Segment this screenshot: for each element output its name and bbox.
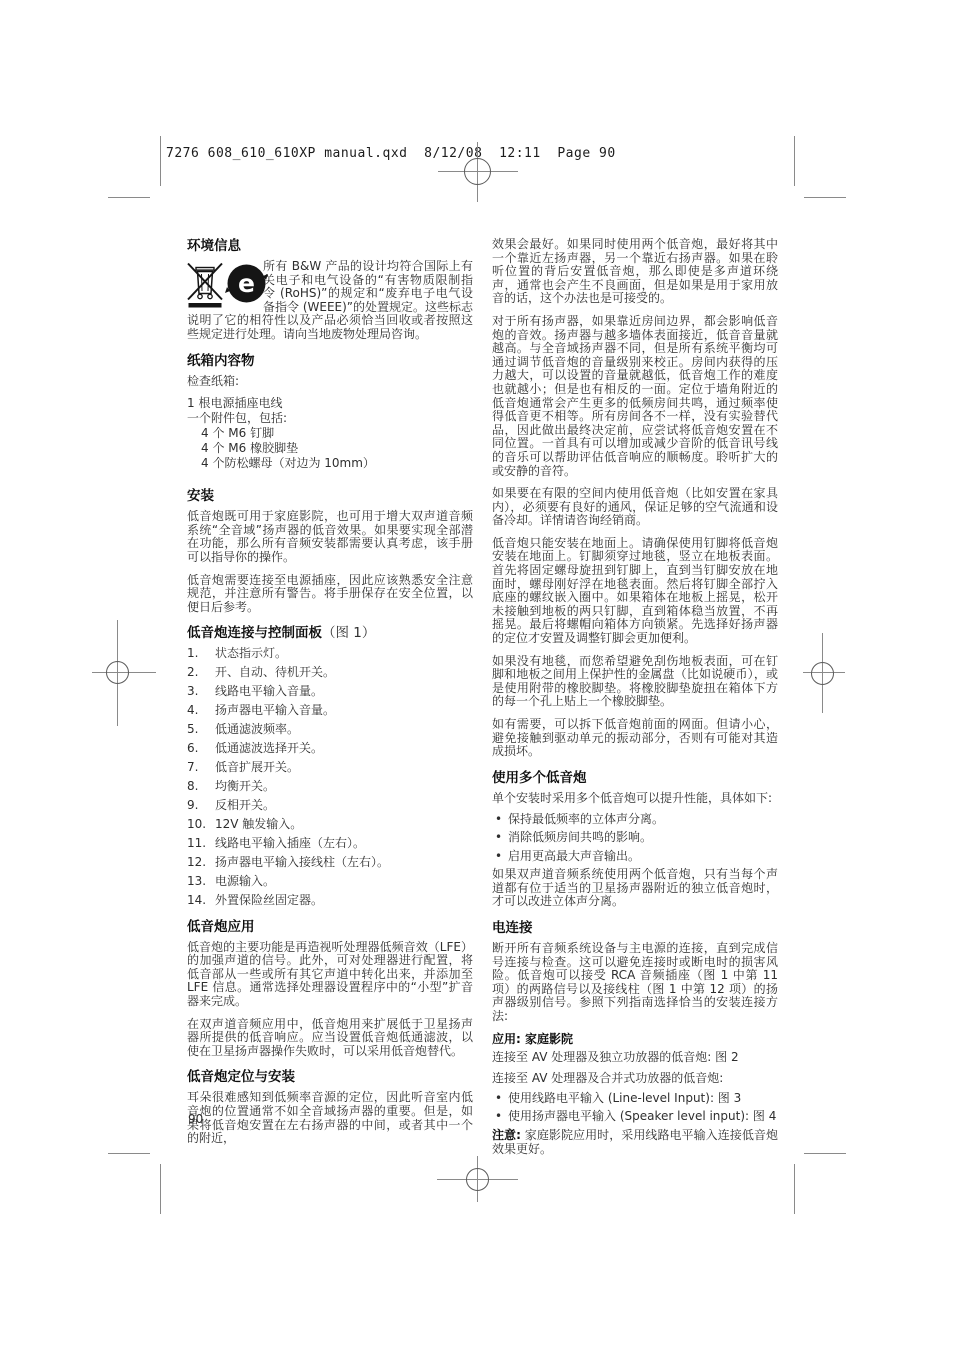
crop-mark — [804, 1153, 846, 1154]
connection-bullet: 使用扬声器电平输入 (Speaker level input): 图 4 — [492, 1110, 778, 1124]
multiple-heading: 使用多个低音炮 — [492, 770, 778, 786]
weee-crossed-bin-icon — [187, 262, 223, 313]
ventilation-paragraph: 如果要在有限的空间内使用低音炮（比如安置在家具内），必须要有良好的通风，保证足够… — [492, 487, 778, 528]
positioning-heading: 低音炮定位与安装 — [187, 1069, 473, 1085]
section-multiple-subwoofers: 使用多个低音炮 单个安装时采用多个低音炮可以提升性能，具体如下: 保持最低频率的… — [492, 770, 778, 909]
application-paragraph: 低音炮的主要功能是再造视听处理器低频音效（LFE）的加强声道的信号。此外，可对处… — [187, 941, 473, 1009]
section-electrical: 电连接 断开所有音频系统设备与主电源的连接，直到完成信号连接与检查。这可以避免连… — [492, 920, 778, 1156]
panel-list-item: 2.开、自动、待机开关。 — [187, 666, 473, 680]
multiple-intro: 单个安装时采用多个低音炮可以提升性能，具体如下: — [492, 792, 778, 806]
panel-heading: 低音炮连接与控制面板（图 1） — [187, 625, 473, 641]
grille-paragraph: 如有需要，可以拆下低音炮前面的网面。但请小心，避免接触到驱动单元的振动部分，否则… — [492, 718, 778, 759]
note-text: 家庭影院应用时，采用线路电平输入连接低音炮效果更好。 — [492, 1128, 778, 1156]
electrical-paragraph: 断开所有音频系统设备与主电源的连接，直到完成信号连接与检查。这可以避免连接时或断… — [492, 942, 778, 1024]
section-application: 低音炮应用 低音炮的主要功能是再造视听处理器低频音效（LFE）的加强声道的信号。… — [187, 919, 473, 1059]
carton-item: 4 个防松螺母（对边为 10mm） — [187, 456, 473, 471]
svg-text:e: e — [238, 269, 255, 298]
panel-list-item: 1.状态指示灯。 — [187, 647, 473, 661]
section-environment: 环境信息 — [187, 238, 473, 342]
connection-figure2-line: 连接至 AV 处理器及独立功放器的低音炮: 图 2 — [492, 1051, 778, 1065]
panel-list-item: 14.外置保险丝固定器。 — [187, 894, 473, 908]
crop-mark — [804, 197, 846, 198]
carton-item: 4 个 M6 橡胶脚垫 — [187, 441, 473, 456]
page-number: 90 — [188, 1112, 203, 1126]
panel-list-item: 6.低通滤波选择开关。 — [187, 742, 473, 756]
connection-integrated-line: 连接至 AV 处理器及合并式功放器的低音炮: — [492, 1072, 778, 1086]
print-header: 7276 608_610_610XP manual.qxd 8/12/08 12… — [166, 146, 616, 161]
environment-heading: 环境信息 — [187, 238, 473, 254]
multiple-bullet: 保持最低频率的立体声分离。 — [492, 813, 778, 827]
application-heading: 低音炮应用 — [187, 919, 473, 935]
spike-feet-paragraph: 低音炮只能安装在地面上。请确保使用钉脚将低音炮安装在地面上。钉脚须穿过地毯，竖立… — [492, 537, 778, 646]
panel-list-item: 3.线路电平输入音量。 — [187, 685, 473, 699]
crop-mark — [160, 136, 161, 186]
application-home-theatre-subheading: 应用: 家庭影院 — [492, 1033, 778, 1047]
panel-list-item: 13.电源输入。 — [187, 875, 473, 889]
section-panel: 低音炮连接与控制面板（图 1） 1.状态指示灯。 2.开、自动、待机开关。 3.… — [187, 625, 473, 907]
section-carton: 纸箱内容物 检查纸箱: 1 根电源插座电线 一个附件包，包括: 4 个 M6 钉… — [187, 353, 473, 478]
panel-list-item: 7.低音扩展开关。 — [187, 761, 473, 775]
multiple-bullet: 消除低频房间共鸣的影响。 — [492, 831, 778, 845]
crop-mark — [108, 197, 150, 198]
room-boundary-paragraph: 对于所有扬声器，如果靠近房间边界，都会影响低音炮的音效。扬声器与越多墙体表面接近… — [492, 315, 778, 478]
panel-list-item: 11.线路电平输入插座（左右）。 — [187, 837, 473, 851]
panel-list-item: 8.均衡开关。 — [187, 780, 473, 794]
panel-list-item: 4.扬声器电平输入音量。 — [187, 704, 473, 718]
panel-list-item: 12.扬声器电平输入接线柱（左右）。 — [187, 856, 473, 870]
positioning-paragraph: 耳朵很难感知到低频率音源的定位，因此听音室内低音炮的位置通常不如全音域扬声器的重… — [187, 1091, 473, 1145]
rubber-feet-paragraph: 如果没有地毯，而您希望避免刮伤地板表面，可在钉脚和地板之间用上保护性的金属盘（比… — [492, 655, 778, 709]
positioning-continued-paragraph: 效果会最好。如果同时使用两个低音炮，最好将其中一个靠近左扬声器，另一个靠近右扬声… — [492, 238, 778, 306]
connection-bullet: 使用线路电平输入 (Line-level Input): 图 3 — [492, 1092, 778, 1106]
panel-heading-figure: （图 1） — [322, 625, 375, 641]
crop-mark — [794, 136, 795, 186]
install-heading: 安装 — [187, 488, 473, 504]
panel-list-item: 5.低通滤波频率。 — [187, 723, 473, 737]
manual-page: 7276 608_610_610XP manual.qxd 8/12/08 12… — [0, 0, 954, 1351]
two-channel-paragraph: 如果双声道音频系统使用两个低音炮，只有当每个声道都有位于适当的卫星扬声器附近的独… — [492, 868, 778, 909]
panel-list-item: 9.反相开关。 — [187, 799, 473, 813]
install-paragraph: 低音炮既可用于家庭影院，也可用于增大双声道音频系统“全音域”扬声器的低音效果。如… — [187, 510, 473, 564]
section-install: 安装 低音炮既可用于家庭影院，也可用于增大双声道音频系统“全音域”扬声器的低音效… — [187, 488, 473, 614]
compliance-icons: e — [187, 262, 257, 303]
panel-list-item: 10.12V 触发输入。 — [187, 818, 473, 832]
application-paragraph: 在双声道音频应用中，低音炮用来扩展低于卫星扬声器所提供的低音响应。应当设置低音炮… — [187, 1018, 473, 1059]
crop-mark — [108, 1153, 150, 1154]
carton-item: 一个附件包，包括: — [187, 411, 473, 426]
carton-item: 1 根电源插座电线 — [187, 396, 473, 411]
note-label: 注意: — [492, 1128, 521, 1142]
left-column: 环境信息 — [187, 238, 473, 1155]
install-paragraph: 低音炮需要连接至电源插座，因此应该熟悉安全注意规范，并注意所有警告。将手册保存在… — [187, 574, 473, 615]
crop-mark — [794, 1164, 795, 1214]
electrical-heading: 电连接 — [492, 920, 778, 936]
note-paragraph: 注意: 家庭影院应用时，采用线路电平输入连接低音炮效果更好。 — [492, 1129, 778, 1156]
carton-intro: 检查纸箱: — [187, 375, 473, 389]
multiple-bullet: 启用更高最大声音输出。 — [492, 850, 778, 864]
carton-item: 4 个 M6 钉脚 — [187, 426, 473, 441]
right-column: 效果会最好。如果同时使用两个低音炮，最好将其中一个靠近左扬声器，另一个靠近右扬声… — [492, 238, 778, 1165]
section-positioning: 低音炮定位与安装 耳朵很难感知到低频率音源的定位，因此听音室内低音炮的位置通常不… — [187, 1069, 473, 1145]
rohs-e-recycle-icon: e — [225, 262, 268, 309]
crop-mark — [160, 1164, 161, 1214]
carton-heading: 纸箱内容物 — [187, 353, 473, 369]
